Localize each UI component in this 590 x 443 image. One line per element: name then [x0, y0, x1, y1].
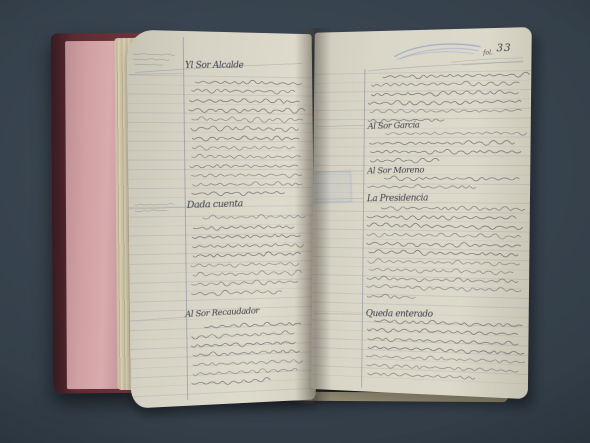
heading-right-1: Al Sor García: [368, 120, 420, 131]
left-page: Yl Sor Alcalde Dada cuenta Al Sor Recaud…: [126, 30, 316, 409]
endpaper: [65, 41, 121, 389]
blue-pencil-flourish: [390, 37, 489, 65]
heading-left-1: Yl Sor Alcalde: [185, 61, 244, 71]
handwriting-right: [311, 27, 532, 399]
folio-label: fol.: [483, 49, 493, 56]
ink-stamp: [311, 171, 352, 204]
heading-right-4: Queda enterado: [366, 309, 433, 320]
heading-left-2: Dada cuenta: [187, 198, 244, 211]
photo-scene: Yl Sor Alcalde Dada cuenta Al Sor Recaud…: [0, 0, 590, 443]
heading-right-2: Al Sor Moreno: [367, 165, 424, 176]
heading-right-3: La Presidencia: [367, 193, 428, 204]
right-page: fol. 33 Al Sor García Al Sor Moreno La P…: [311, 27, 532, 399]
page-number: 33: [496, 43, 511, 55]
handwriting-left: [126, 30, 316, 409]
